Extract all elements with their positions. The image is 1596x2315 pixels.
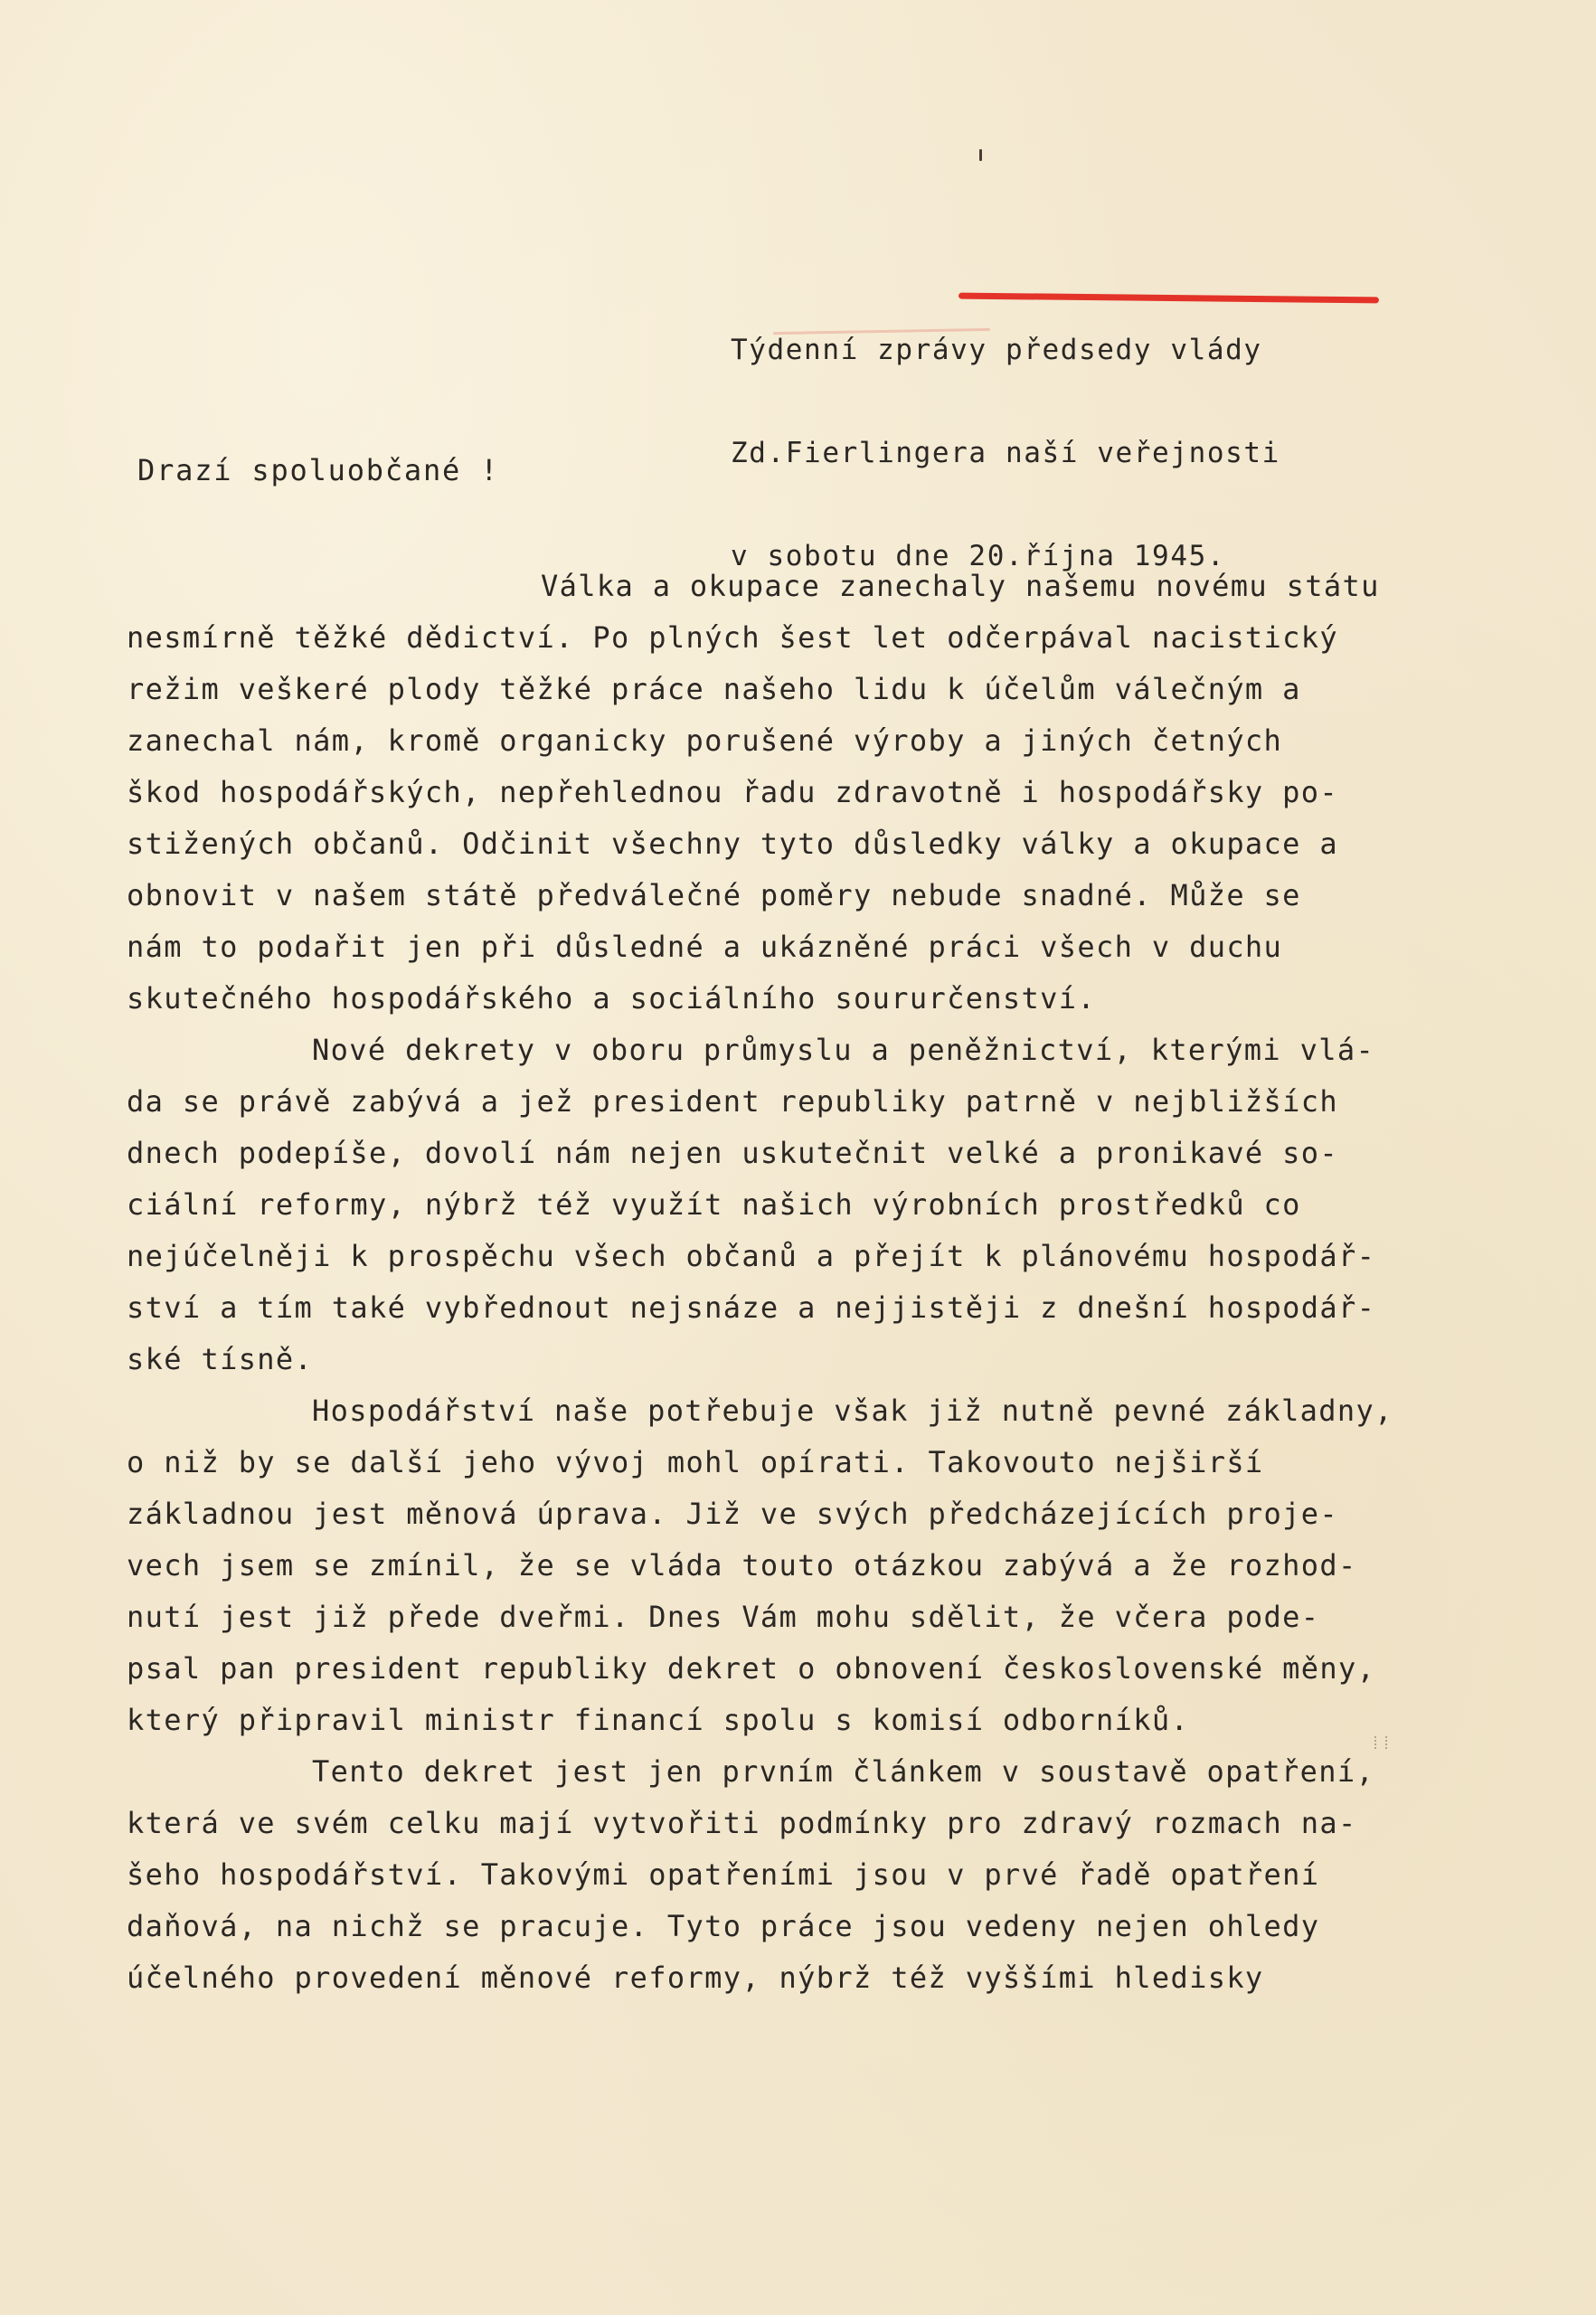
text-line: vech jsem se zmínil, že se vláda touto o…	[127, 1540, 1519, 1592]
paragraph-2: Nové dekrety v oboru průmyslu a peněžnic…	[127, 1025, 1519, 1385]
text-line: ské tísně.	[127, 1334, 1519, 1385]
text-line: dnech podepíše, dovolí nám nejen uskuteč…	[127, 1128, 1519, 1179]
text-line: ciální reformy, nýbrž též využít našich …	[127, 1179, 1519, 1231]
text-line: daňová, na nichž se pracuje. Tyto práce …	[127, 1901, 1519, 1952]
text-line: skutečného hospodářského a sociálního so…	[127, 973, 1519, 1025]
heading-line: Týdenní zprávy předsedy vlády	[731, 333, 1280, 367]
text-line: režim veškeré plody těžké práce našeho l…	[127, 664, 1519, 715]
text-line: Tento dekret jest jen prvním článkem v s…	[127, 1746, 1519, 1798]
text-line: která ve svém celku mají vytvořiti podmí…	[127, 1798, 1519, 1849]
paragraph-1: Válka a okupace zanechaly našemu novému …	[127, 561, 1519, 1025]
text-line: psal pan president republiky dekret o ob…	[127, 1643, 1519, 1695]
letter-body: Válka a okupace zanechaly našemu novému …	[127, 561, 1519, 2004]
ink-mark	[979, 149, 982, 161]
text-line: škod hospodářských, nepřehlednou řadu zd…	[127, 767, 1519, 818]
text-line: který připravil ministr financí spolu s …	[127, 1695, 1519, 1746]
text-line: Válka a okupace zanechaly našemu novému …	[127, 561, 1519, 612]
text-line: o niž by se další jeho vývoj mohl opírat…	[127, 1437, 1519, 1488]
text-line: zanechal nám, kromě organicky porušené v…	[127, 715, 1519, 767]
text-line: stižených občanů. Odčinit všechny tyto d…	[127, 818, 1519, 870]
text-line: nesmírně těžké dědictví. Po plných šest …	[127, 612, 1519, 664]
text-line: šeho hospodářství. Takovými opatřeními j…	[127, 1849, 1519, 1901]
text-line: da se právě zabývá a jež president repub…	[127, 1076, 1519, 1128]
salutation: Drazí spoluobčané !	[137, 453, 499, 487]
text-line: základnou jest měnová úprava. Již ve svý…	[127, 1488, 1519, 1540]
text-line: obnovit v našem státě předválečné poměry…	[127, 870, 1519, 921]
text-line: účelného provedení měnové reformy, nýbrž…	[127, 1952, 1519, 2004]
paragraph-3: Hospodářství naše potřebuje však již nut…	[127, 1385, 1519, 1746]
text-line: Nové dekrety v oboru průmyslu a peněžnic…	[127, 1025, 1519, 1076]
text-line: nutí jest již přede dveřmi. Dnes Vám moh…	[127, 1592, 1519, 1643]
text-line: Hospodářství naše potřebuje však již nut…	[127, 1385, 1519, 1437]
text-line: ství a tím také vybřednout nejsnáze a ne…	[127, 1282, 1519, 1334]
typewritten-page: Týdenní zprávy předsedy vlády Zd.Fierlin…	[0, 0, 1596, 2315]
text-line: nejúčelněji k prospěchu všech občanů a p…	[127, 1231, 1519, 1282]
paragraph-4: Tento dekret jest jen prvním článkem v s…	[127, 1746, 1519, 2004]
heading-line: Zd.Fierlingera naší veřejnosti	[731, 436, 1280, 470]
ink-smudge	[1374, 1736, 1387, 1749]
text-line: nám to podařit jen při důsledné a ukázně…	[127, 921, 1519, 973]
